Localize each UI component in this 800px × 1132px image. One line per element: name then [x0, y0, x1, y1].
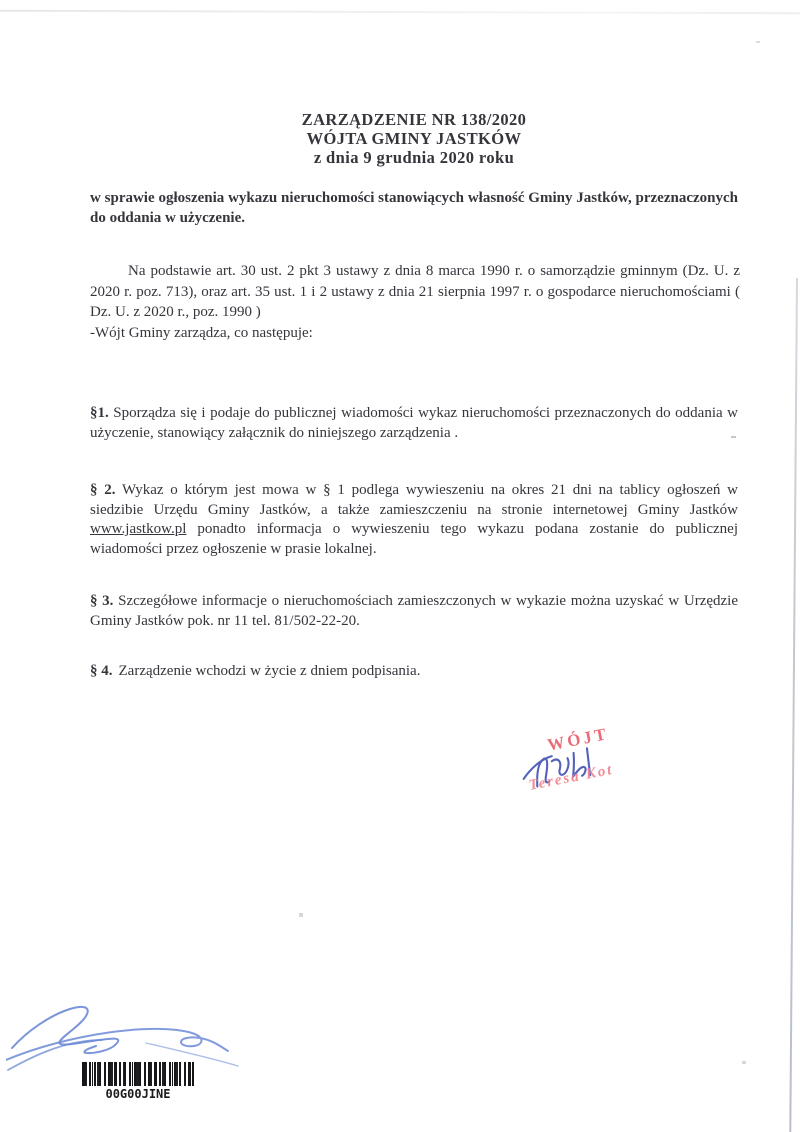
scan-speck [299, 913, 303, 917]
section-4-text: Zarządzenie wchodzi w życie z dniem podp… [119, 663, 421, 679]
section-4-number: § 4. [90, 663, 113, 679]
section-2-text-after-link: ponadto informacja o wywieszeniu tego wy… [90, 521, 738, 557]
legal-basis-text: Na podstawie art. 30 ust. 2 pkt 3 ustawy… [90, 261, 740, 323]
document-title: ZARZĄDZENIE NR 138/2020 WÓJTA GMINY JAST… [90, 110, 738, 167]
section-2-number: § 2. [90, 482, 116, 498]
scan-artifact-top-line [0, 10, 800, 15]
section-1-number: §1. [90, 405, 109, 421]
section-3-number: § 3. [90, 593, 113, 609]
mayor-stamp: WÓJT Teresa Kot [514, 711, 667, 816]
section-4: § 4.Zarządzenie wchodzi w życie z dniem … [90, 661, 738, 681]
scan-artifact-right-line [789, 278, 798, 1132]
section-3-text: Szczegółowe informacje o nieruchomościac… [90, 593, 738, 629]
section-3: § 3. Szczegółowe informacje o nieruchomo… [90, 591, 738, 631]
scan-speck [756, 41, 760, 43]
barcode-text: 00G00JINE [82, 1087, 194, 1101]
title-line-1: ZARZĄDZENIE NR 138/2020 [90, 110, 738, 129]
title-line-2: WÓJTA GMINY JASTKÓW [90, 129, 738, 148]
section-1-text: Sporządza się i podaje do publicznej wia… [90, 405, 738, 441]
legal-basis-paragraph: Na podstawie art. 30 ust. 2 pkt 3 ustawy… [90, 261, 740, 343]
barcode-icon [82, 1062, 194, 1086]
subject-line: w sprawie ogłoszenia wykazu nieruchomośc… [90, 188, 738, 228]
scanned-document-page: ZARZĄDZENIE NR 138/2020 WÓJTA GMINY JAST… [0, 0, 800, 1132]
website-link-text: www.jastkow.pl [90, 521, 186, 537]
section-2-text-before-link: Wykaz o którym jest mowa w § 1 podlega w… [90, 482, 738, 518]
barcode-block: 00G00JINE [82, 1062, 194, 1101]
scan-speck [742, 1061, 746, 1064]
section-1: §1. Sporządza się i podaje do publicznej… [90, 403, 738, 443]
title-line-3: z dnia 9 grudnia 2020 roku [90, 148, 738, 167]
section-2: § 2. Wykaz o którym jest mowa w § 1 podl… [90, 481, 738, 559]
legal-basis-closing: -Wójt Gminy zarządza, co następuje: [90, 323, 740, 344]
